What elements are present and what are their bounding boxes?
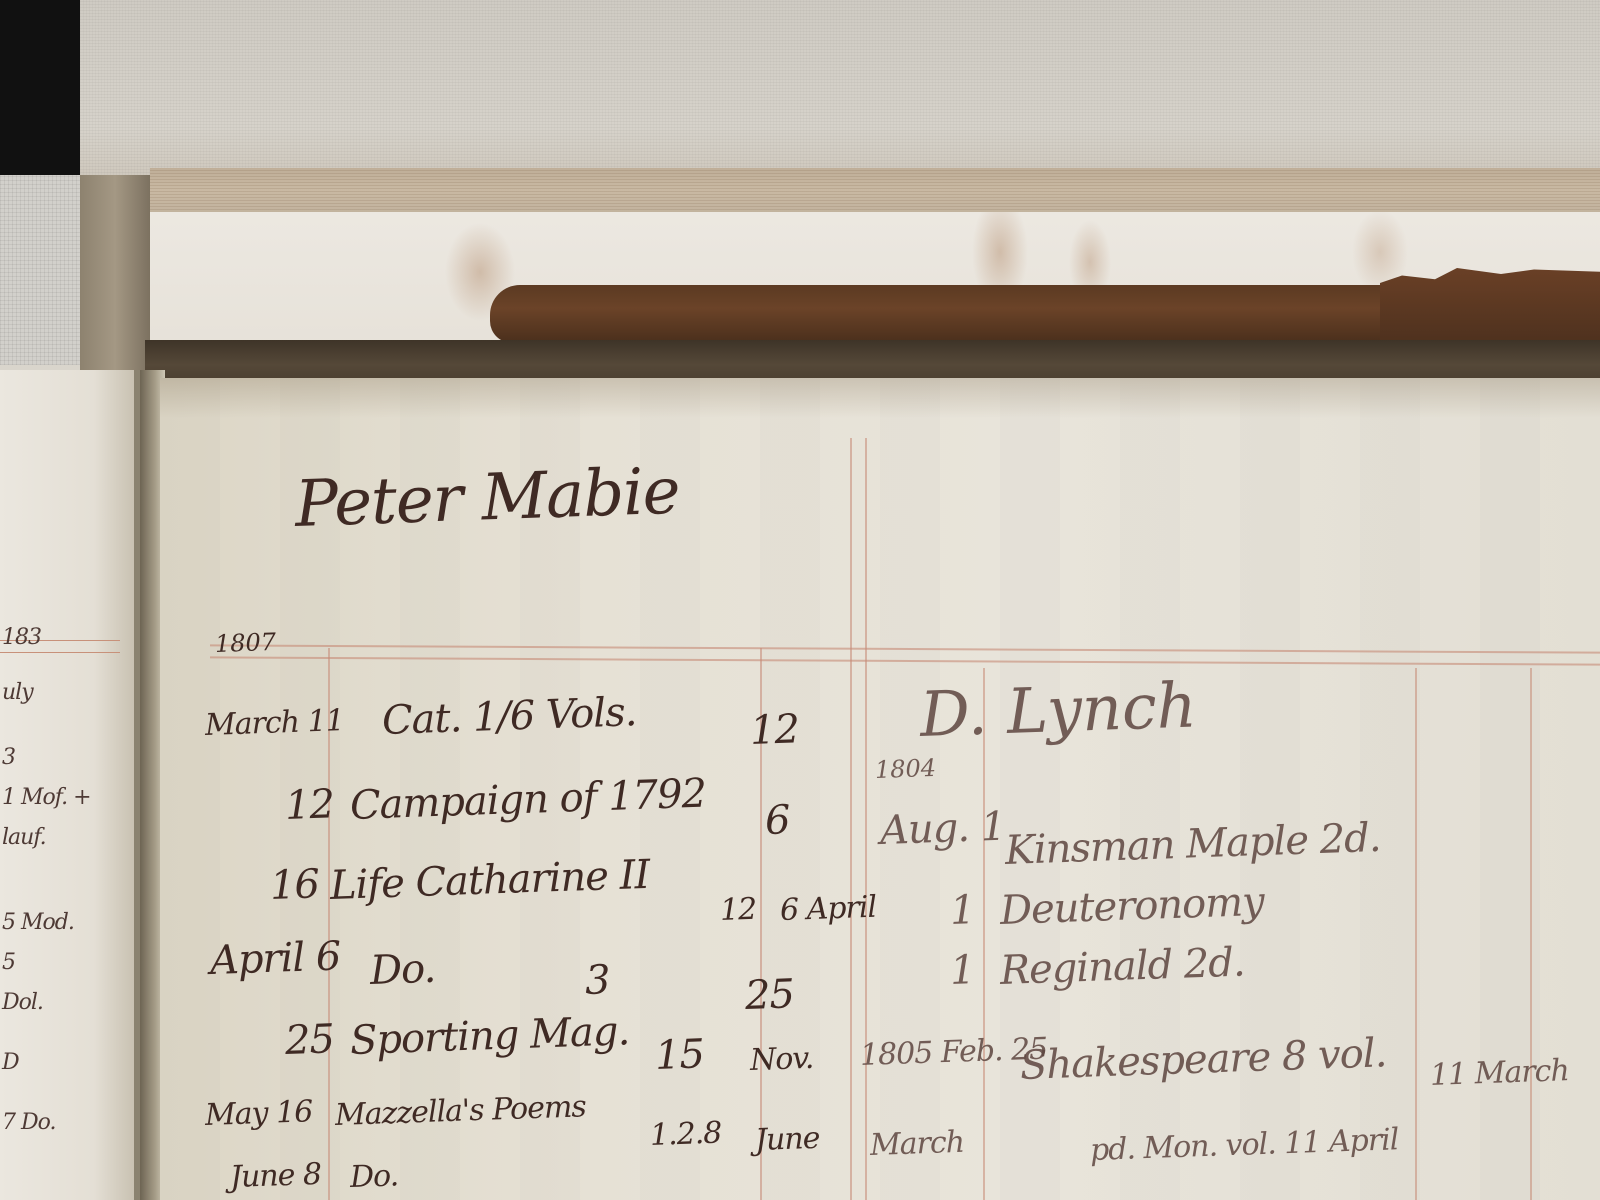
entry-amount: 12 <box>749 706 799 754</box>
linen-mesh-edge <box>0 175 80 365</box>
ledger-page: Peter Mabie 1807 March 11 Cat. 1/6 Vols.… <box>160 378 1600 1200</box>
entry-date: Aug. 1 <box>879 804 1006 854</box>
amount-column-rule <box>1415 668 1417 1200</box>
entry-date: 1 <box>949 887 975 934</box>
entry-date: 25 <box>284 1016 334 1064</box>
entry-date: 12 <box>284 781 334 829</box>
entry-date: 16 <box>269 861 319 909</box>
left-page-line: 5 <box>2 950 15 975</box>
entry-date: May 16 <box>204 1094 312 1133</box>
account-title: Peter Mabie <box>294 455 681 542</box>
left-page-line: D <box>2 1050 19 1075</box>
left-page-line: Dol. <box>2 990 43 1015</box>
torn-leather-edge <box>1380 268 1600 343</box>
column-divider-rule <box>865 438 867 1200</box>
entry-item: Sporting Mag. <box>349 1008 630 1064</box>
entry-item: Life Catharine II <box>329 852 650 909</box>
amount-column-rule <box>1530 668 1532 1200</box>
spine-strip <box>80 175 150 375</box>
left-page-line: 7 Do. <box>2 1110 55 1135</box>
entry-item: Do. <box>369 946 436 994</box>
stained-linen-band <box>150 168 1600 213</box>
entry-date: March 11 <box>204 703 344 743</box>
entry-item: Shakespeare 8 vol. <box>1019 1030 1387 1089</box>
entry-amount: 6 <box>764 797 790 844</box>
account-title: D. Lynch <box>919 668 1198 751</box>
entry-note: Nov. <box>749 1041 813 1078</box>
entry-date: March <box>869 1125 964 1163</box>
account-year: 1804 <box>875 754 937 784</box>
left-page: 183 uly 3 1 Mof. + lauf. 5 Mod. 5 Dol. D… <box>0 370 140 1200</box>
entry-item: Reginald 2d. <box>999 939 1245 994</box>
entry-date: 1 <box>949 947 975 994</box>
entry-item: Deuteronomy <box>999 879 1264 934</box>
left-page-line: lauf. <box>2 825 46 850</box>
dark-background-corner <box>0 0 80 175</box>
left-page-line: uly <box>2 680 33 705</box>
entry-note: June <box>754 1121 820 1158</box>
entry-item: pd. Mon. vol. 11 April <box>1089 1122 1398 1168</box>
entry-item: Kinsman Maple 2d. <box>1004 815 1381 874</box>
left-page-line: 5 Mod. <box>2 910 74 935</box>
account-year: 1807 <box>215 628 277 658</box>
column-divider-rule <box>850 438 852 1200</box>
entry-amount: 25 <box>744 971 794 1019</box>
entry-date: June 8 <box>229 1157 321 1195</box>
header-rule <box>210 644 1600 653</box>
entry-amount: 15 <box>654 1031 704 1079</box>
entry-qty: 3 <box>584 957 610 1004</box>
left-page-rule <box>0 652 120 653</box>
entry-note: 11 March <box>1429 1053 1569 1093</box>
header-rule <box>210 656 1600 665</box>
entry-note: 6 April <box>779 890 876 928</box>
left-page-line: 3 <box>2 745 15 770</box>
entry-amount: 1.2.8 <box>649 1116 722 1153</box>
entry-item: Cat. 1/6 Vols. <box>381 689 637 744</box>
left-page-line: 1 Mof. + <box>2 785 91 810</box>
left-page-line: 183 <box>2 625 41 650</box>
entry-amount: 12 <box>719 892 756 928</box>
entry-item: Campaign of 1792 <box>349 771 706 829</box>
entry-item: Do. <box>349 1158 398 1195</box>
ledger-photo: 183 uly 3 1 Mof. + lauf. 5 Mod. 5 Dol. D… <box>0 0 1600 1200</box>
entry-item: Mazzella's Poems <box>334 1089 586 1133</box>
entry-date: April 6 <box>209 933 341 984</box>
